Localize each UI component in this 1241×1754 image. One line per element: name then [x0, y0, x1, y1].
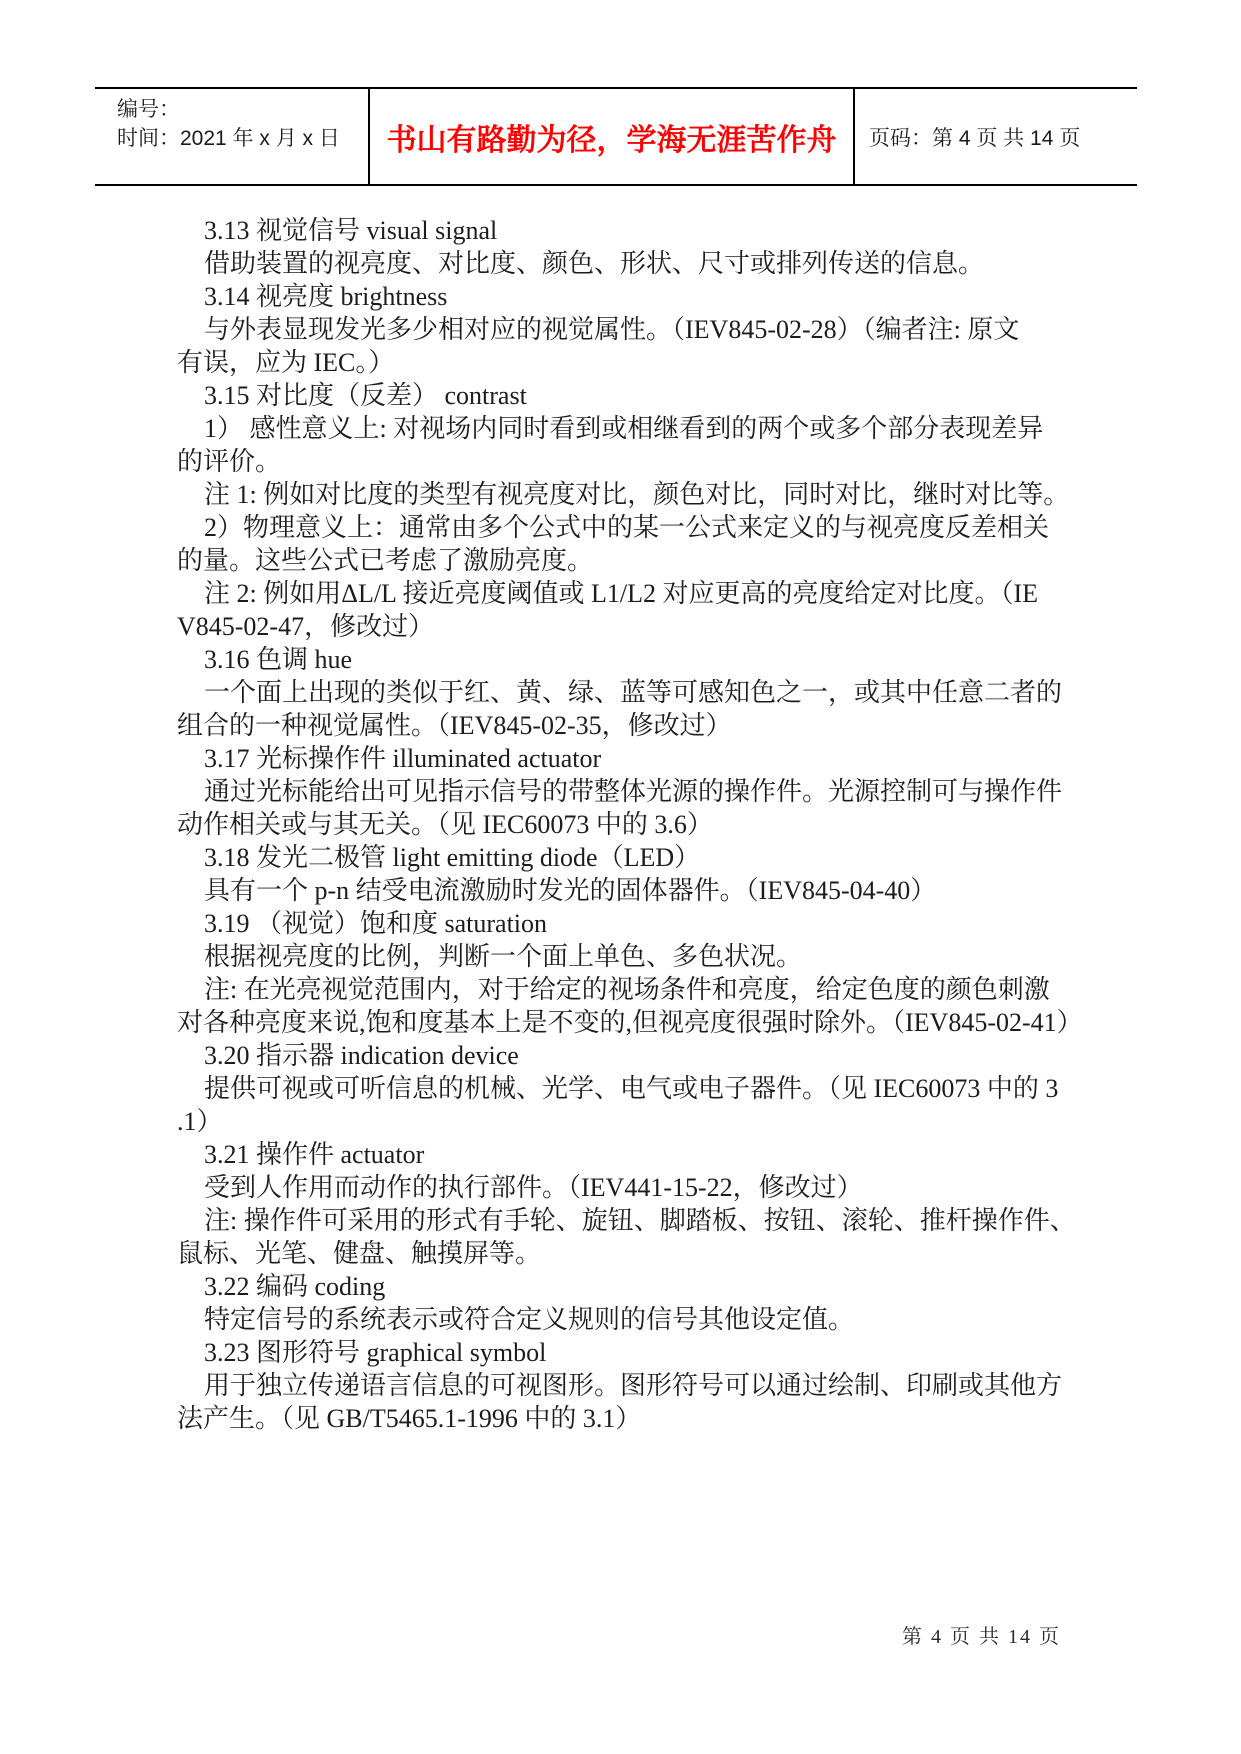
- header-cell-page-number: 页码：第 4 页 共 14 页: [855, 89, 1137, 184]
- document-number-label: 编号：: [117, 95, 368, 124]
- document-date-label: 时间：2021 年 x 月 x 日: [117, 124, 368, 153]
- body-line: 特定信号的系统表示或符合定义规则的信号其他设定值。: [177, 1303, 1162, 1336]
- body-line: 有误，应为 IEC。）: [177, 346, 1162, 379]
- body-line: 注 1: 例如对比度的类型有视亮度对比，颜色对比，同时对比，继时对比等。: [177, 478, 1162, 511]
- body-line: 3.16 色调 hue: [177, 643, 1162, 676]
- header-cell-slogan: 书山有路勤为径，学海无涯苦作舟: [368, 89, 855, 184]
- body-line: 3.20 指示器 indication device: [177, 1039, 1162, 1072]
- body-line: 用于独立传递语言信息的可视图形。图形符号可以通过绘制、印刷或其他方: [177, 1369, 1162, 1402]
- body-line: 根据视亮度的比例，判断一个面上单色、多色状况。: [177, 940, 1162, 973]
- body-line: 注: 在光亮视觉范围内，对于给定的视场条件和亮度，给定色度的颜色刺激: [177, 973, 1162, 1006]
- body-line: 3.15 对比度（反差） contrast: [177, 379, 1162, 412]
- body-line: 3.17 光标操作件 illuminated actuator: [177, 742, 1162, 775]
- body-line: 注: 操作件可采用的形式有手轮、旋钮、脚踏板、按钮、滚轮、推杆操作件、: [177, 1204, 1162, 1237]
- body-line: 鼠标、光笔、健盘、触摸屏等。: [177, 1237, 1162, 1270]
- body-line: 法产生。（见 GB/T5465.1-1996 中的 3.1）: [177, 1402, 1162, 1435]
- body-line: 通过光标能给出可见指示信号的带整体光源的操作件。光源控制可与操作件: [177, 775, 1162, 808]
- body-line: V845-02-47，修改过）: [177, 610, 1162, 643]
- body-line: 借助装置的视亮度、对比度、颜色、形状、尺寸或排列传送的信息。: [177, 247, 1162, 280]
- page-number-label: 页码：第 4 页 共 14 页: [869, 122, 1080, 152]
- body-line: 动作相关或与其无关。（见 IEC60073 中的 3.6）: [177, 808, 1162, 841]
- body-line: 3.13 视觉信号 visual signal: [177, 214, 1162, 247]
- page-footer: 第 4 页 共 14 页: [902, 1624, 1061, 1650]
- body-line: 的评价。: [177, 445, 1162, 478]
- body-line: 提供可视或可听信息的机械、光学、电气或电子器件。（见 IEC60073 中的 3: [177, 1072, 1162, 1105]
- body-line: 2）物理意义上：通常由多个公式中的某一公式来定义的与视亮度反差相关: [177, 511, 1162, 544]
- body-line: 1） 感性意义上: 对视场内同时看到或相继看到的两个或多个部分表现差异: [177, 412, 1162, 445]
- document-page: 编号： 时间：2021 年 x 月 x 日 书山有路勤为径，学海无涯苦作舟 页码…: [0, 0, 1241, 1754]
- header-table: 编号： 时间：2021 年 x 月 x 日 书山有路勤为径，学海无涯苦作舟 页码…: [95, 87, 1137, 186]
- body-line: 注 2: 例如用ΔL/L 接近亮度阈值或 L1/L2 对应更高的亮度给定对比度。…: [177, 577, 1162, 610]
- body-line: 组合的一种视觉属性。（IEV845-02-35，修改过）: [177, 709, 1162, 742]
- body-line: 与外表显现发光多少相对应的视觉属性。（IEV845-02-28）（编者注: 原文: [177, 313, 1162, 346]
- body-line: 具有一个 p-n 结受电流激励时发光的固体器件。（IEV845-04-40）: [177, 874, 1162, 907]
- body-line: .1）: [177, 1105, 1162, 1138]
- body-line: 3.14 视亮度 brightness: [177, 280, 1162, 313]
- body-line: 3.18 发光二极管 light emitting diode（LED）: [177, 841, 1162, 874]
- document-body: 3.13 视觉信号 visual signal借助装置的视亮度、对比度、颜色、形…: [177, 214, 1162, 1435]
- slogan-text: 书山有路勤为径，学海无涯苦作舟: [387, 115, 837, 159]
- body-line: 一个面上出现的类似于红、黄、绿、蓝等可感知色之一，或其中任意二者的: [177, 676, 1162, 709]
- body-line: 的量。这些公式已考虑了激励亮度。: [177, 544, 1162, 577]
- body-line: 3.23 图形符号 graphical symbol: [177, 1336, 1162, 1369]
- body-line: 对各种亮度来说,饱和度基本上是不变的,但视亮度很强时除外。（IEV845-02-…: [177, 1006, 1162, 1039]
- body-line: 受到人作用而动作的执行部件。（IEV441-15-22，修改过）: [177, 1171, 1162, 1204]
- body-line: 3.21 操作件 actuator: [177, 1138, 1162, 1171]
- body-line: 3.22 编码 coding: [177, 1270, 1162, 1303]
- body-line: 3.19 （视觉）饱和度 saturation: [177, 907, 1162, 940]
- header-cell-number-date: 编号： 时间：2021 年 x 月 x 日: [95, 89, 368, 184]
